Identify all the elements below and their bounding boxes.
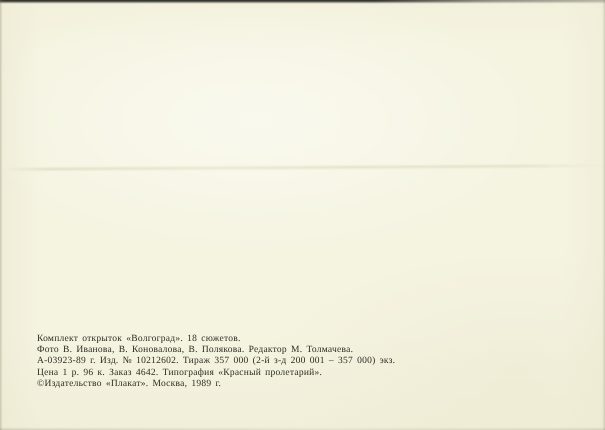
imprint-line-publisher: ©Издательство «Плакат». Москва, 1989 г. xyxy=(37,379,395,390)
imprint-line-credits: Фото В. Иванова, В. Коновалова, В. Поляк… xyxy=(37,345,395,356)
paper-crease xyxy=(0,164,605,171)
scan-edge-top xyxy=(0,0,605,4)
imprint-line-set-title: Комплект открыток «Волгоград». 18 сюжето… xyxy=(37,334,395,345)
imprint-line-price-printer: Цена 1 р. 96 к. Заказ 4642. Типография «… xyxy=(37,368,395,379)
imprint-line-edition-info: А-03923-89 г. Изд. № 10212602. Тираж 357… xyxy=(37,356,395,367)
scan-edge-left xyxy=(0,0,3,430)
imprint-block: Комплект открыток «Волгоград». 18 сюжето… xyxy=(37,334,395,390)
postcard-back-scan: Комплект открыток «Волгоград». 18 сюжето… xyxy=(0,0,605,430)
